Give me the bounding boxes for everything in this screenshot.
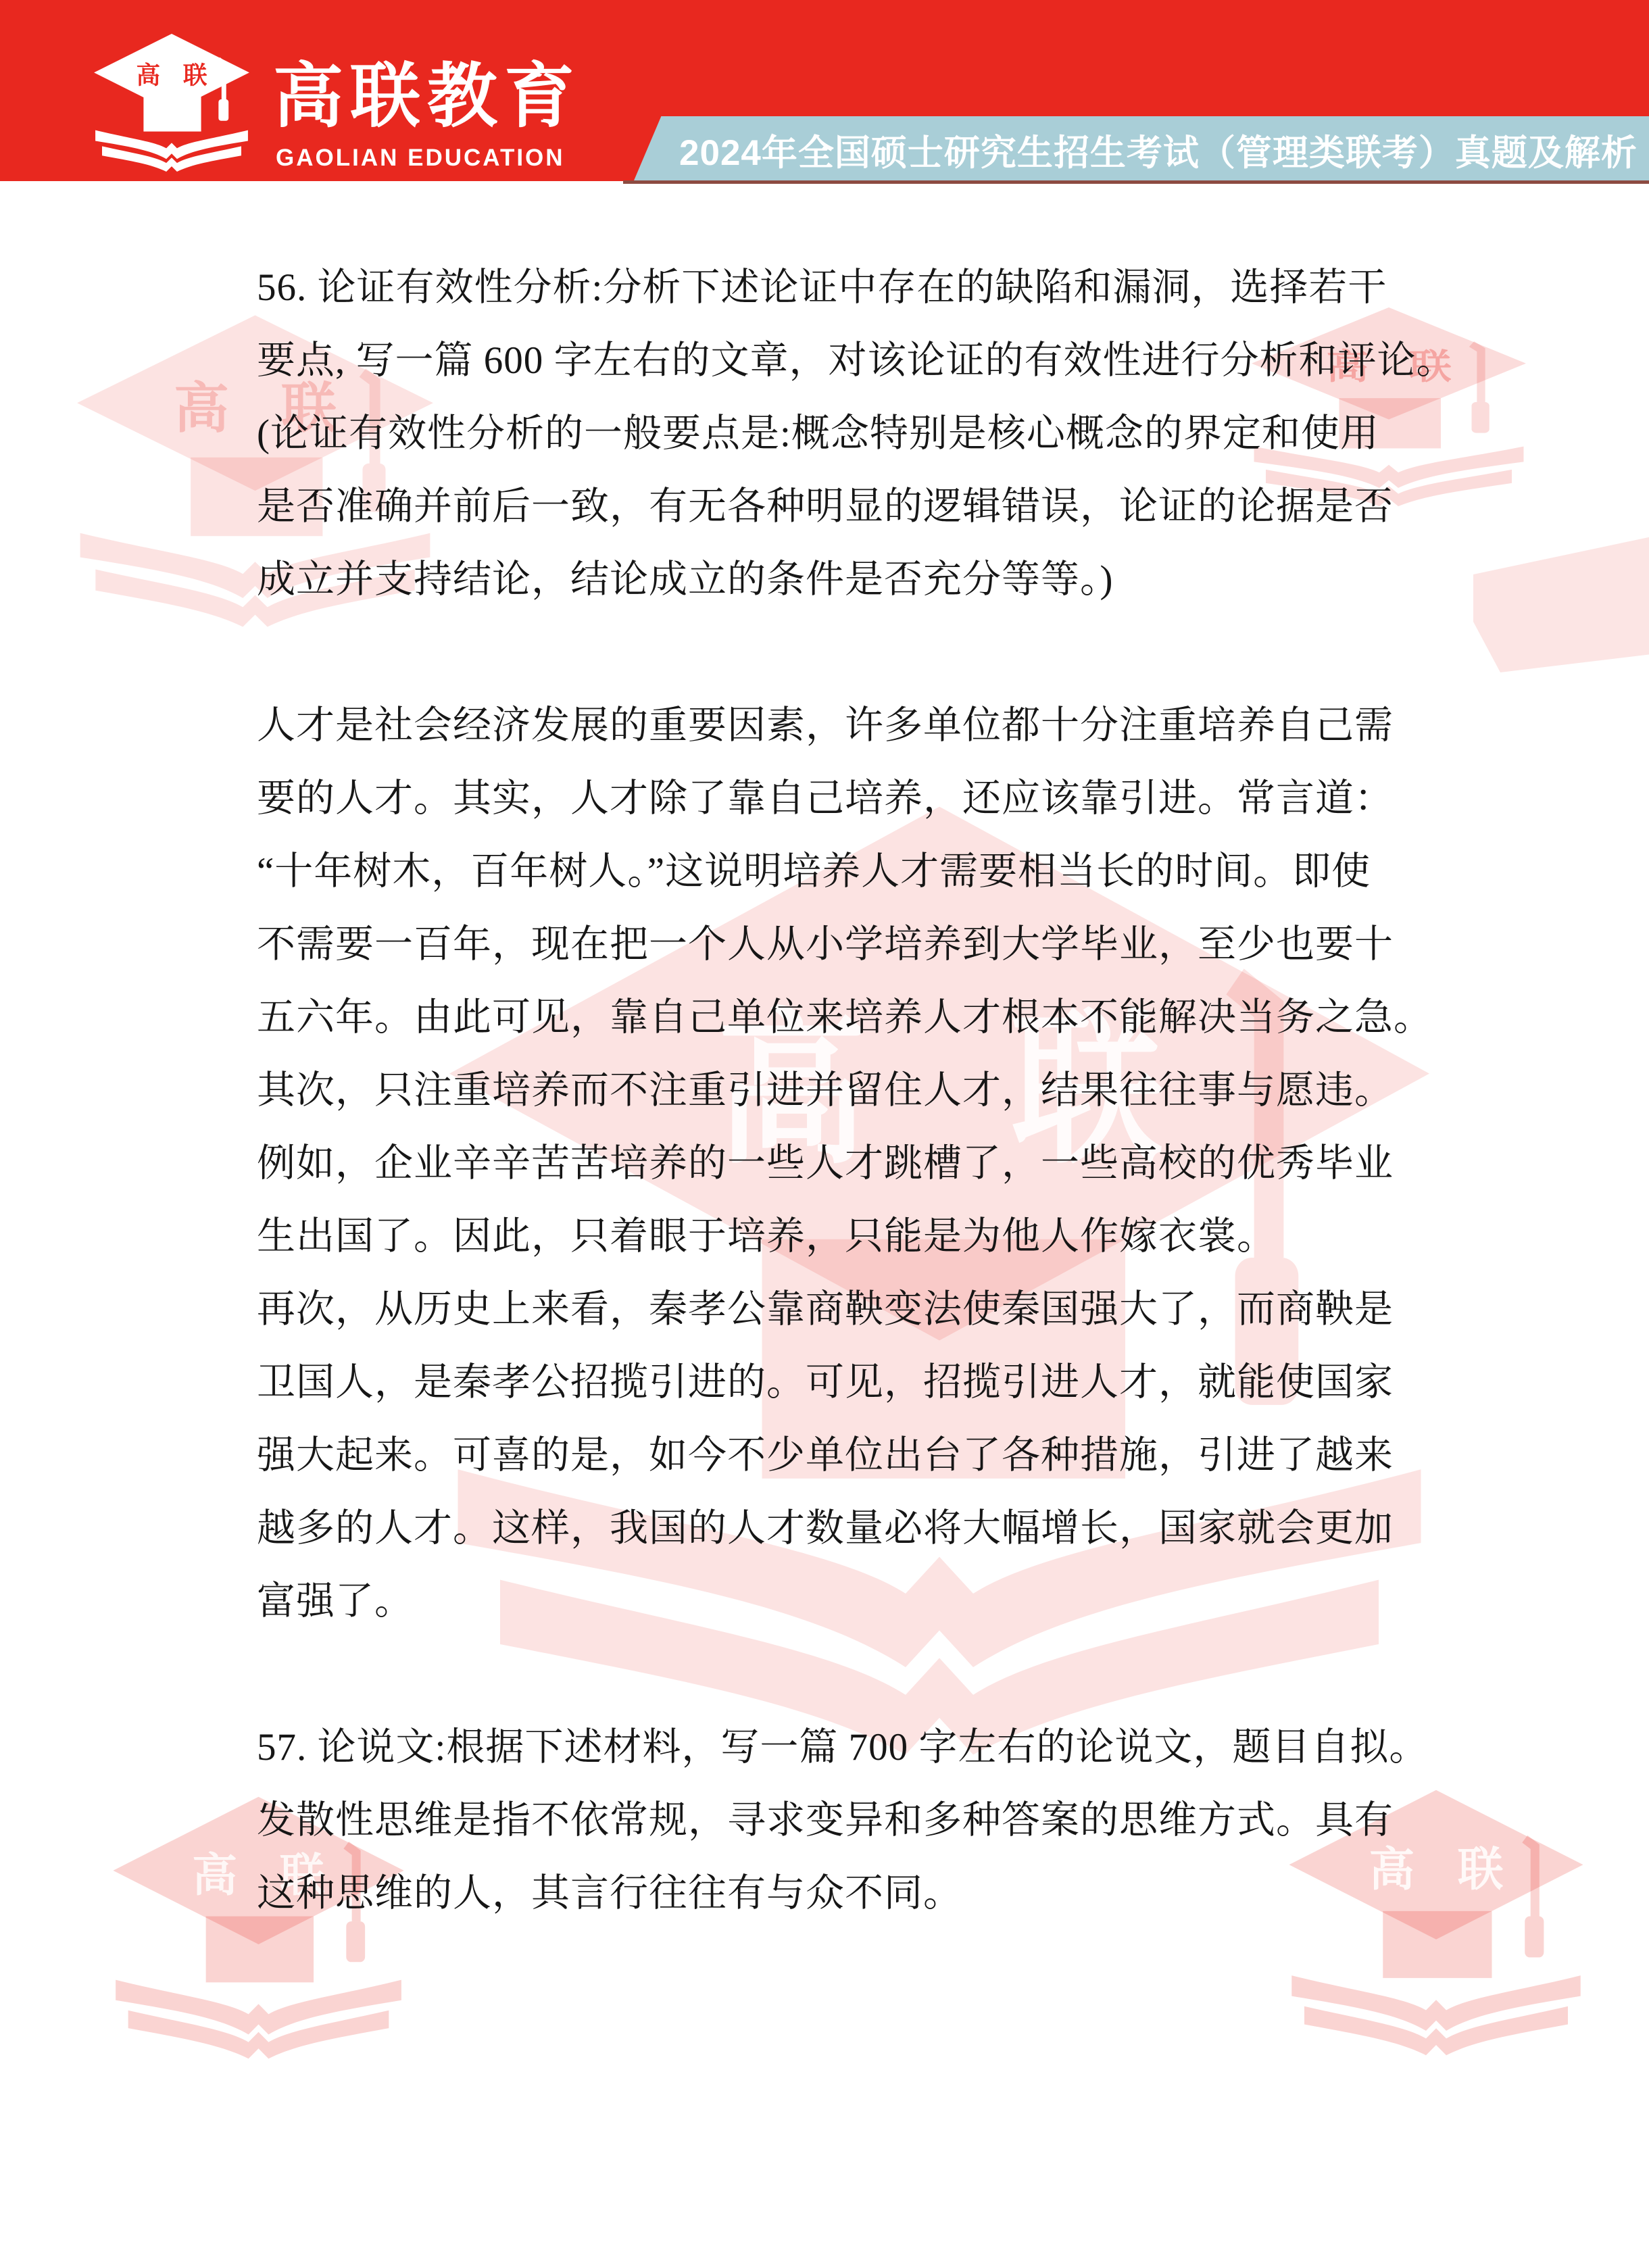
text-line: 发散性思维是指不依常规，寻求变异和多种答案的思维方式。具有 <box>257 1784 1419 1857</box>
text-line: 五六年。由此可见，靠自己单位来培养人才根本不能解决当务之急。 <box>257 981 1419 1054</box>
text-line: “十年树木，百年树人。”这说明培养人才需要相当长的时间。即使 <box>257 835 1419 908</box>
text-line: 57. 论说文:根据下述材料，写一篇 700 字左右的论说文，题目自拟。 <box>257 1711 1419 1784</box>
question-57-prompt: 57. 论说文:根据下述材料，写一篇 700 字左右的论说文，题目自拟。 发散性… <box>257 1711 1419 1930</box>
exam-banner-title: 2024年全国硕士研究生招生考试（管理类联考）真题及解析 <box>679 122 1639 178</box>
document-page: 高联教育 GAOLIAN EDUCATION 2024年全国硕士研究生招生考试（… <box>0 0 1649 2268</box>
watermark-fragment-right-edge <box>1473 527 1649 689</box>
question-56-material: 人才是社会经济发展的重要因素，许多单位都十分注重培养自己需 要的人才。其实，人才… <box>257 689 1419 1638</box>
brand-name-en: GAOLIAN EDUCATION <box>276 145 565 172</box>
banner-underline <box>623 180 1649 184</box>
text-line: 不需要一百年，现在把一个人从小学培养到大学毕业，至少也要十 <box>257 908 1419 981</box>
text-line: 成立并支持结论，结论成立的条件是否充分等等。) <box>257 543 1419 616</box>
text-line: 要点, 写一篇 600 字左右的文章，对该论证的有效性进行分析和评论。 <box>257 324 1419 397</box>
text-line: 卫国人，是秦孝公招揽引进的。可见，招揽引进人才，就能使国家 <box>257 1346 1419 1419</box>
text-line: 越多的人才。这样，我国的人才数量必将大幅增长，国家就会更加 <box>257 1492 1419 1565</box>
text-line: 再次，从历史上来看，秦孝公靠商鞅变法使秦国强大了，而商鞅是 <box>257 1273 1419 1346</box>
text-line: 强大起来。可喜的是，如今不少单位出台了各种措施，引进了越来 <box>257 1419 1419 1492</box>
header: 高联教育 GAOLIAN EDUCATION 2024年全国硕士研究生招生考试（… <box>0 0 1649 181</box>
text-line: (论证有效性分析的一般要点是:概念特别是核心概念的界定和使用 <box>257 397 1419 470</box>
text-line: 其次，只注重培养而不注重引进并留住人才，结果往往事与愿违。 <box>257 1054 1419 1127</box>
text-line: 例如，企业辛辛苦苦培养的一些人才跳槽了，一些高校的优秀毕业 <box>257 1127 1419 1200</box>
text-line: 是否准确并前后一致，有无各种明显的逻辑错误，论证的论据是否 <box>257 470 1419 543</box>
text-line: 人才是社会经济发展的重要因素，许多单位都十分注重培养自己需 <box>257 689 1419 762</box>
text-line: 生出国了。因此，只着眼于培养，只能是为他人作嫁衣裳。 <box>257 1200 1419 1273</box>
text-line: 这种思维的人，其言行往往有与众不同。 <box>257 1857 1419 1930</box>
brand-name-cn: 高联教育 <box>273 58 581 135</box>
gaolian-logo-icon <box>87 32 257 173</box>
document-body: 56. 论证有效性分析:分析下述论证中存在的缺陷和漏洞，选择若干 要点, 写一篇… <box>257 251 1419 1930</box>
question-56-prompt: 56. 论证有效性分析:分析下述论证中存在的缺陷和漏洞，选择若干 要点, 写一篇… <box>257 251 1419 616</box>
text-line: 要的人才。其实，人才除了靠自己培养，还应该靠引进。常言道： <box>257 762 1419 835</box>
text-line: 56. 论证有效性分析:分析下述论证中存在的缺陷和漏洞，选择若干 <box>257 251 1419 324</box>
text-line: 富强了。 <box>257 1565 1419 1638</box>
